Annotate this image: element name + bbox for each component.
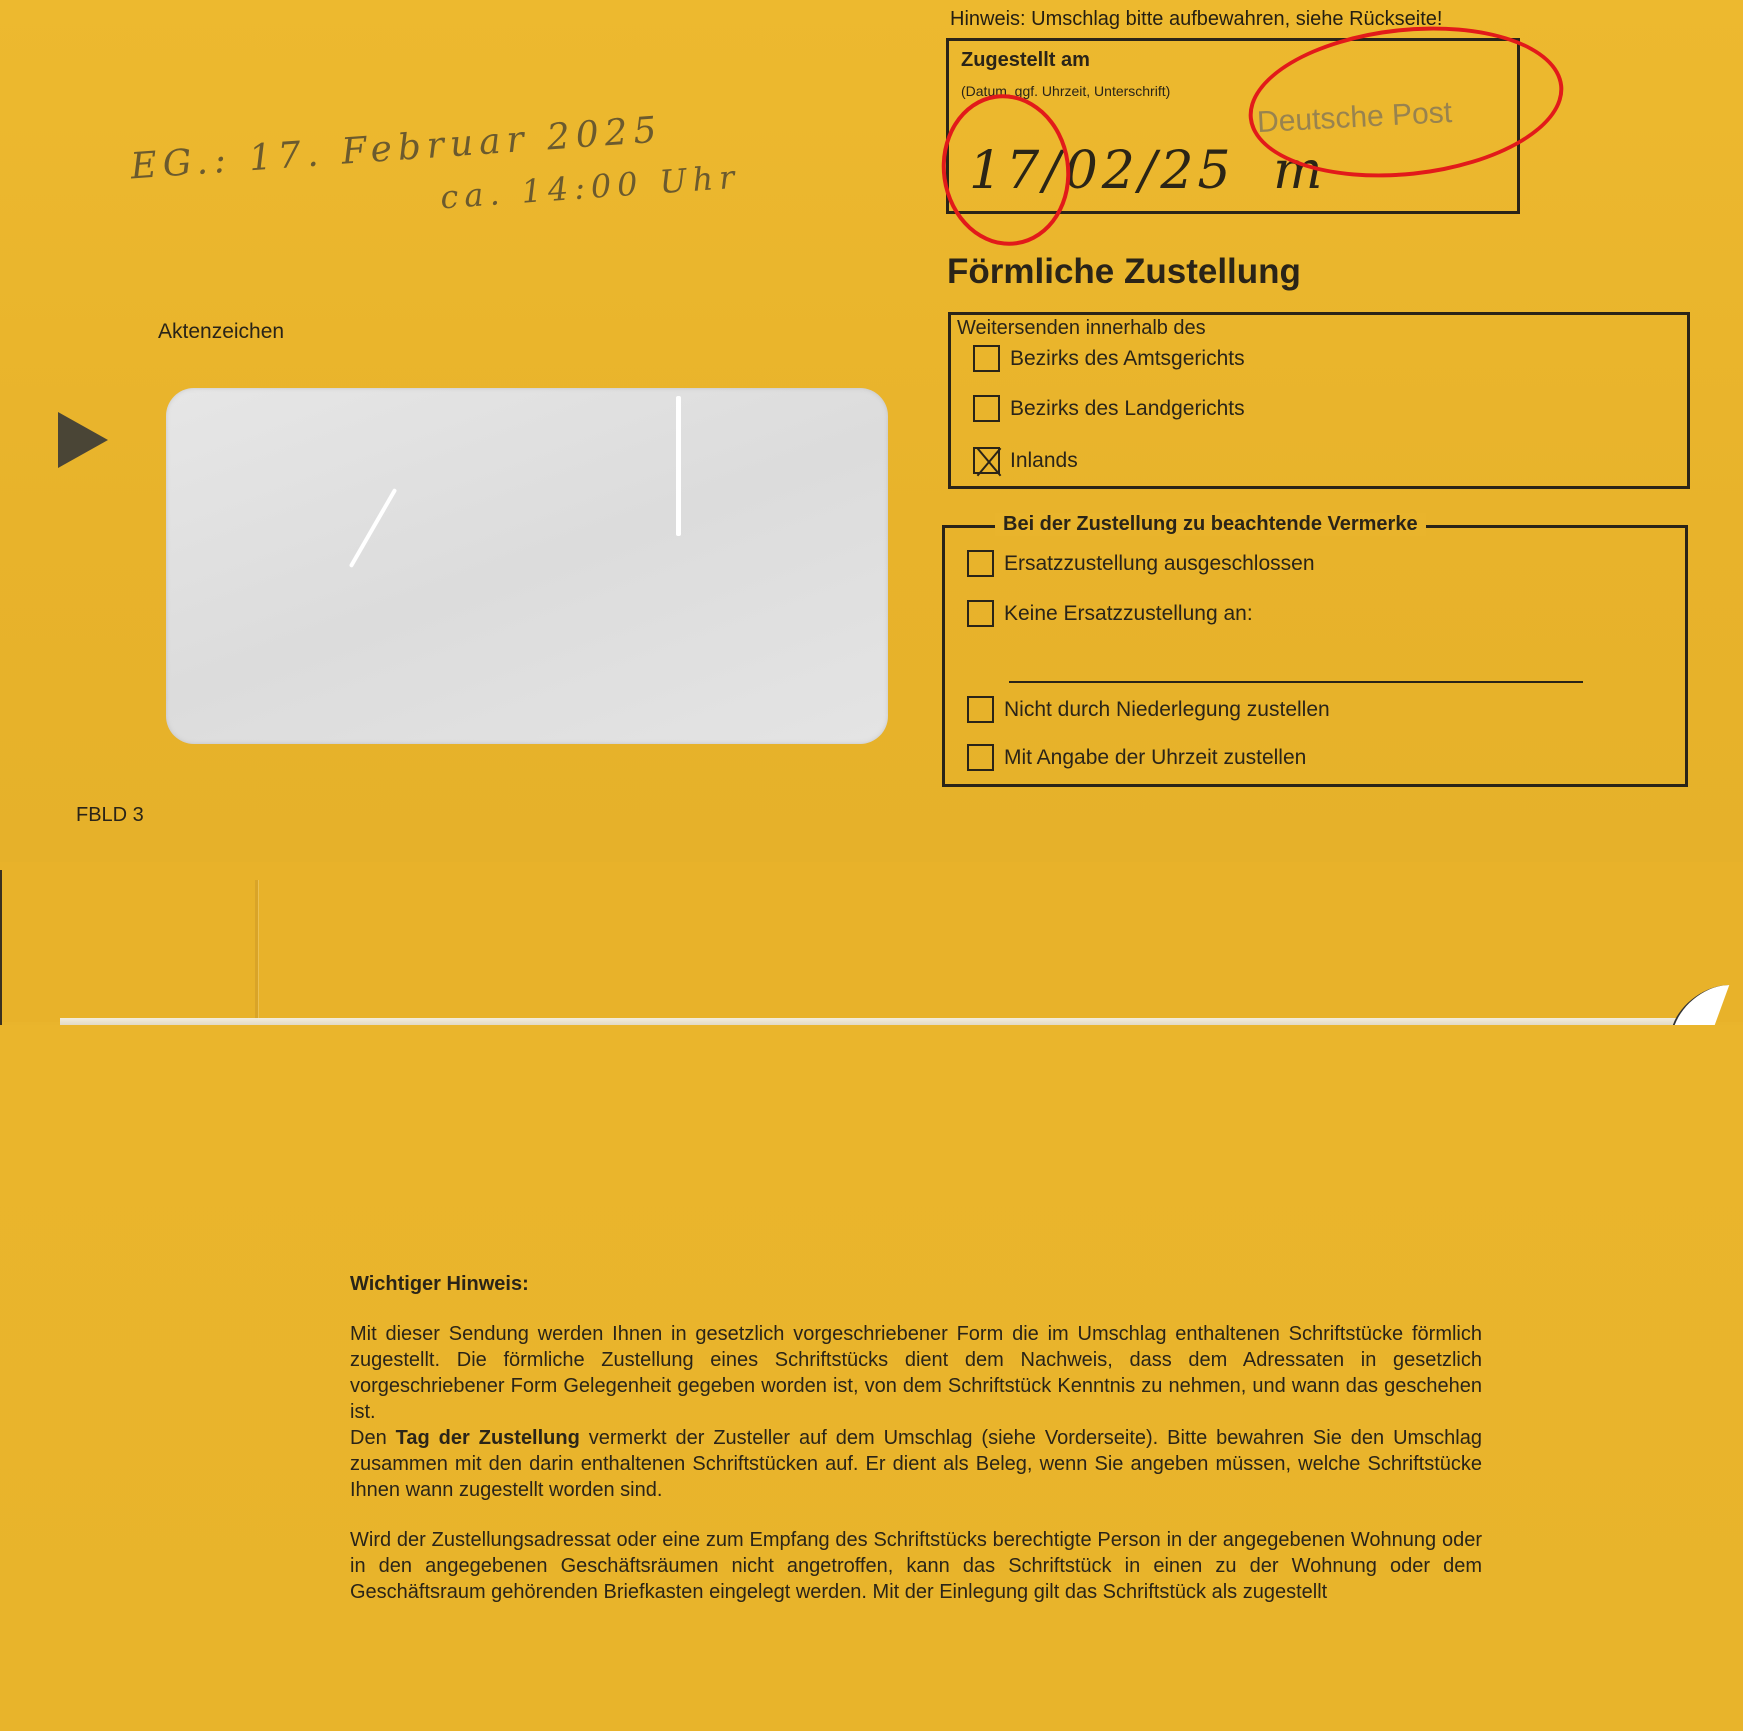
notice-paragraph-2: Den Tag der Zustellung vermerkt der Zust… [350, 1425, 1482, 1503]
flap-crease [255, 880, 258, 1020]
option-amtsgericht[interactable]: Bezirks des Amtsgerichts [973, 345, 1245, 372]
option-nicht-niederlegung[interactable]: Nicht durch Niederlegung zustellen [967, 696, 1330, 723]
option-label: Mit Angabe der Uhrzeit zustellen [1004, 746, 1306, 770]
option-landgericht[interactable]: Bezirks des Landgerichts [973, 395, 1245, 422]
delivery-day-emphasis: Tag der Zustellung [396, 1427, 580, 1449]
flap-fold-line [60, 1018, 1680, 1025]
checkbox-ersatz-excluded[interactable] [967, 550, 994, 577]
notice-paragraph-1: Mit dieser Sendung werden Ihnen in geset… [350, 1321, 1482, 1425]
checkbox-amtsgericht[interactable] [973, 345, 1000, 372]
delivery-remarks-box: Bei der Zustellung zu beachtende Vermerk… [942, 525, 1688, 787]
option-label: Ersatzzustellung ausgeschlossen [1004, 552, 1315, 576]
checkbox-with-time[interactable] [967, 744, 994, 771]
important-notice: Wichtiger Hinweis: Mit dieser Sendung we… [350, 1271, 1482, 1605]
important-notice-heading: Wichtiger Hinweis: [350, 1271, 1482, 1297]
keep-envelope-notice: Hinweis: Umschlag bitte aufbewahren, sie… [950, 8, 1442, 31]
flap-left-edge [0, 870, 12, 1040]
envelope-flap [0, 862, 1743, 1022]
option-label: Bezirks des Amtsgerichts [1010, 347, 1245, 371]
checkbox-no-substitute[interactable] [967, 600, 994, 627]
address-window [166, 388, 888, 744]
notice-paragraph-3: Wird der Zustellungsadressat oder eine z… [350, 1527, 1482, 1605]
option-label: Bezirks des Landgerichts [1010, 397, 1245, 421]
form-title: Förmliche Zustellung [947, 252, 1301, 292]
checkbox-no-deposit[interactable] [967, 696, 994, 723]
file-reference-label: Aktenzeichen [158, 320, 284, 344]
option-label: Keine Ersatzzustellung an: [1004, 602, 1253, 626]
window-glare [676, 396, 681, 536]
option-inlands[interactable]: Inlands [973, 447, 1078, 474]
delivery-remarks-title: Bei der Zustellung zu beachtende Vermerk… [995, 513, 1426, 536]
option-label: Inlands [1010, 449, 1078, 473]
forward-within-title: Weitersenden innerhalb des [957, 317, 1206, 340]
handwritten-receipt-time: ca. 14:00 Uhr [439, 158, 742, 217]
form-code: FBLD 3 [76, 804, 144, 827]
substitute-name-line[interactable] [1009, 681, 1583, 683]
option-keine-ersatzzustellung[interactable]: Keine Ersatzzustellung an: [967, 600, 1253, 627]
option-ersatzzustellung-ausgeschlossen[interactable]: Ersatzzustellung ausgeschlossen [967, 550, 1315, 577]
option-label: Nicht durch Niederlegung zustellen [1004, 698, 1330, 722]
delivered-on-title: Zugestellt am [961, 49, 1090, 72]
forward-within-box: Weitersenden innerhalb des Bezirks des A… [948, 312, 1690, 489]
paragraph-text: Den [350, 1427, 396, 1449]
checkbox-landgericht[interactable] [973, 395, 1000, 422]
checkbox-inlands-checked[interactable] [973, 447, 1000, 474]
option-mit-uhrzeit[interactable]: Mit Angabe der Uhrzeit zustellen [967, 744, 1306, 771]
envelope-front: EG.: 17. Februar 2025 ca. 14:00 Uhr Hinw… [0, 0, 1743, 862]
window-glare [349, 488, 397, 568]
triangle-marker-icon [58, 412, 108, 468]
